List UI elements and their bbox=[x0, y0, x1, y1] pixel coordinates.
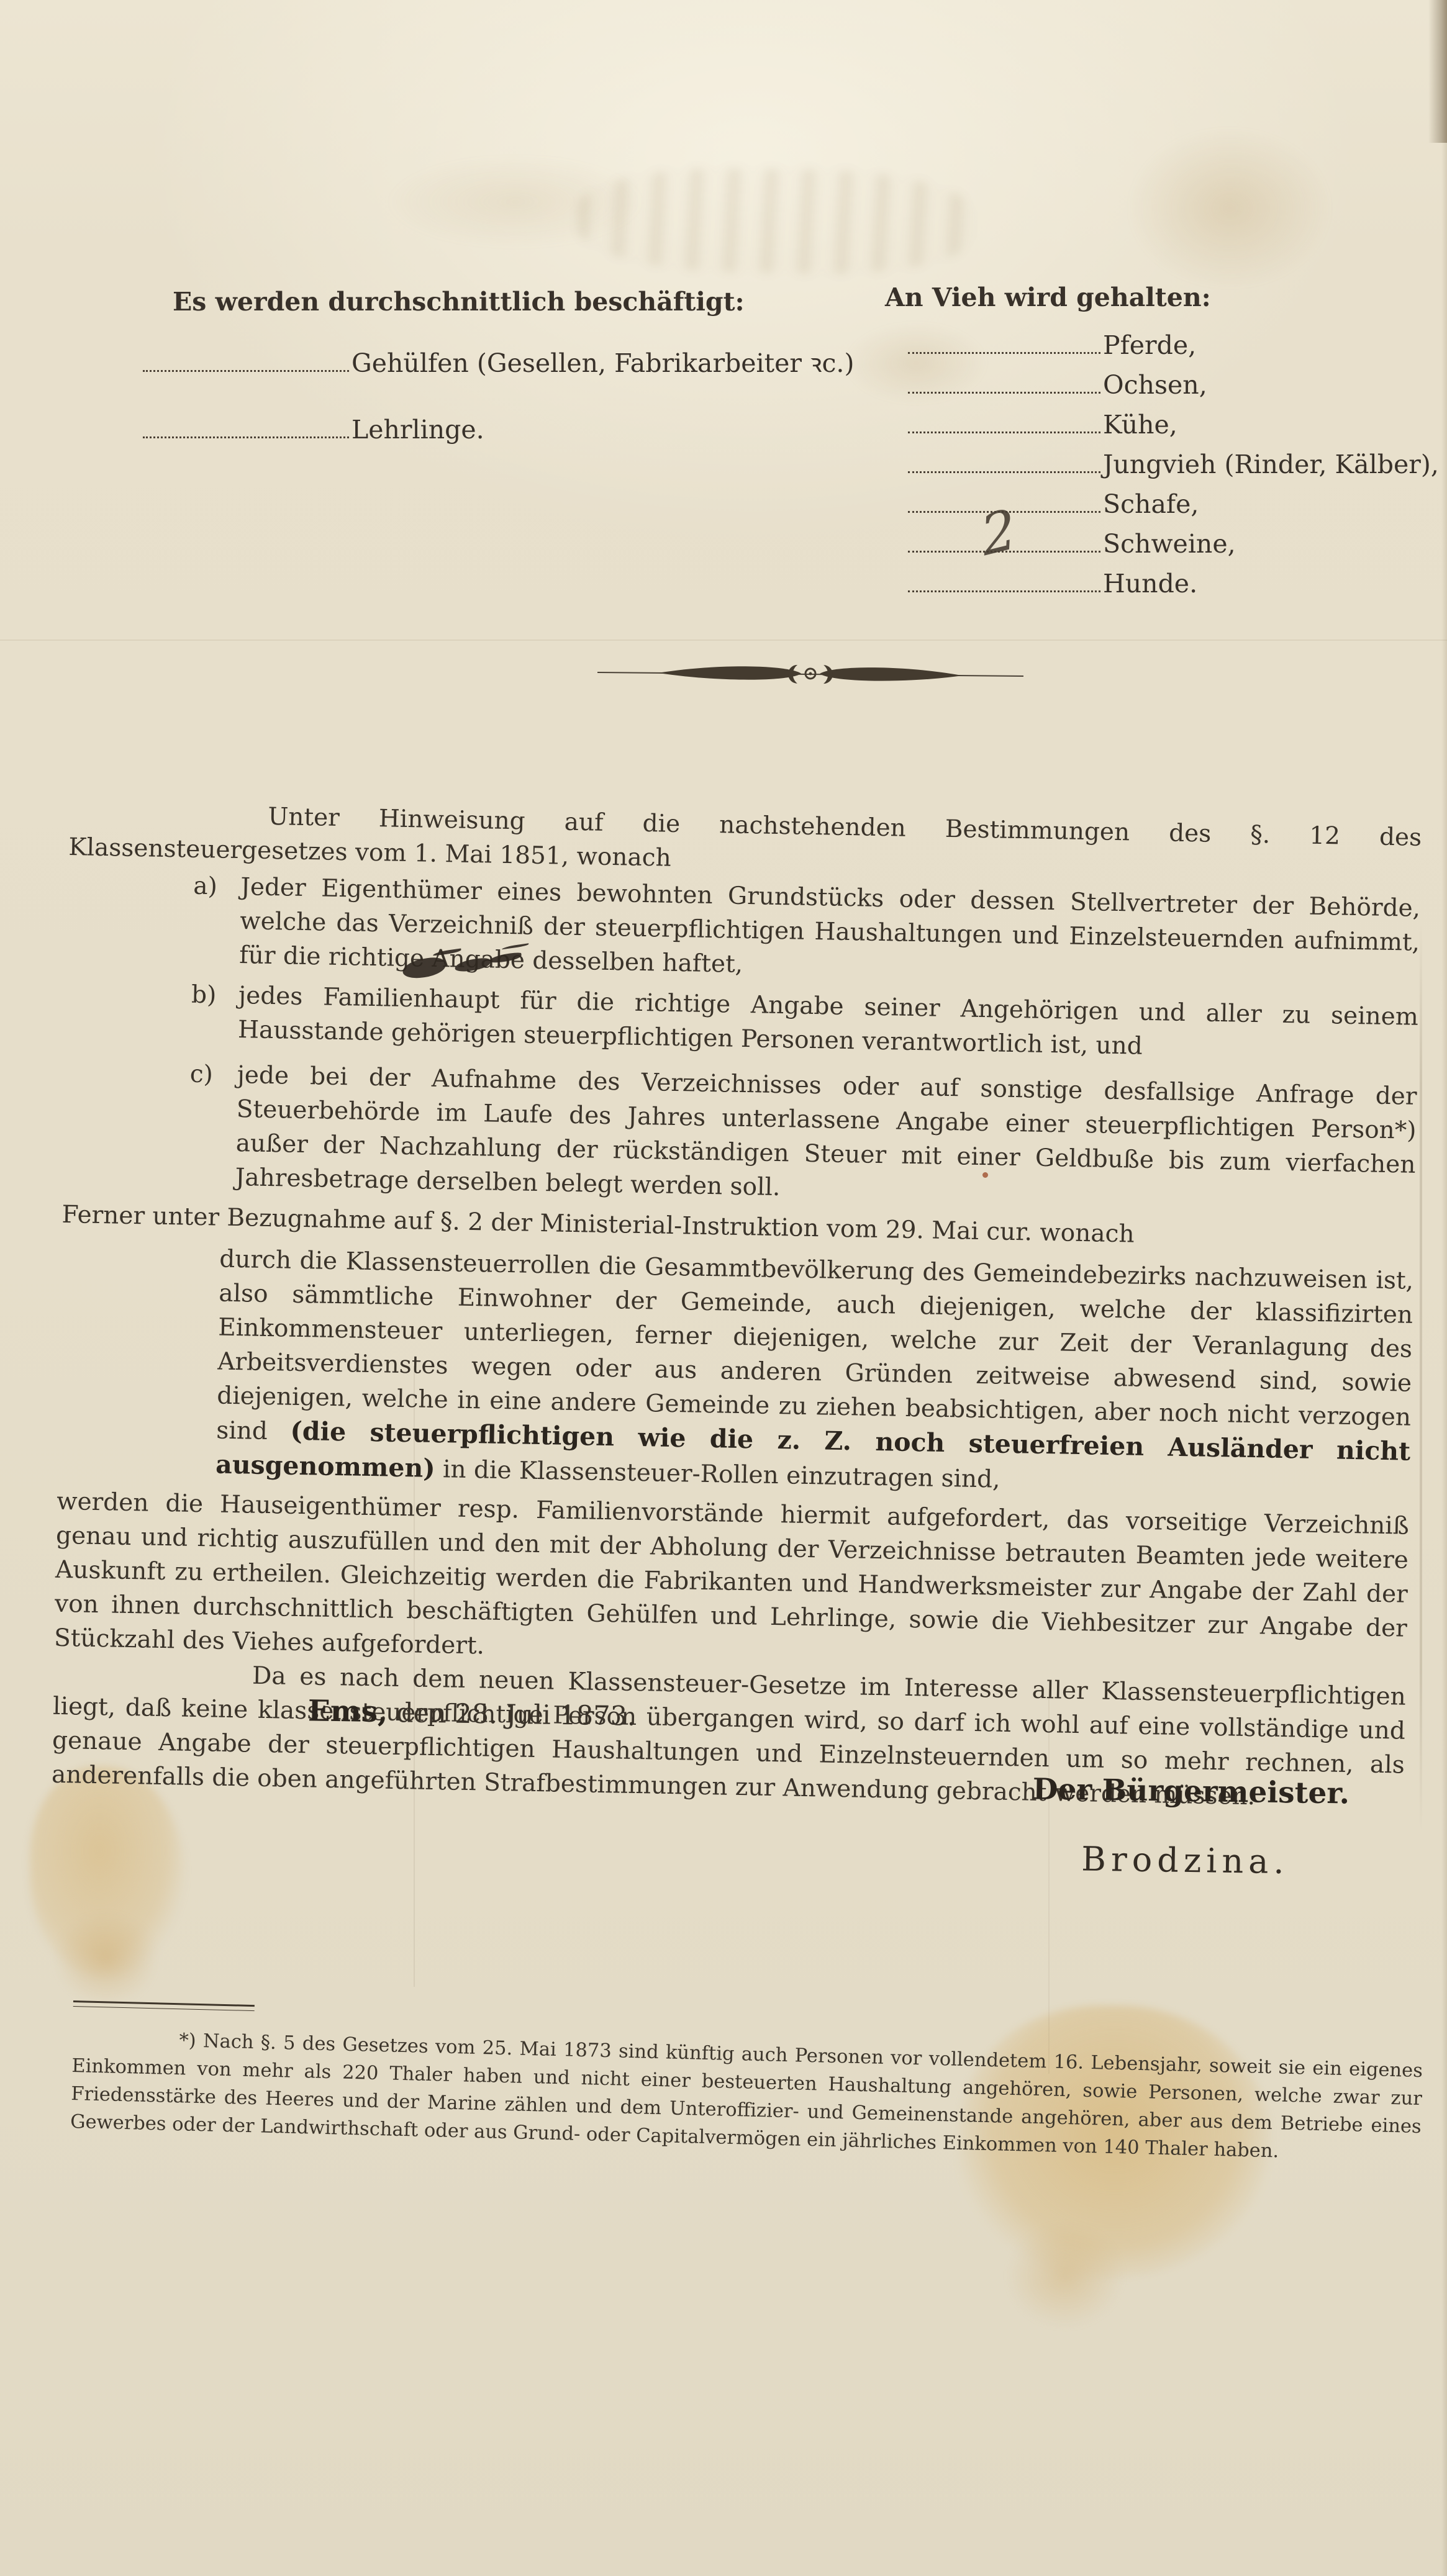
signature-role: Der Bürgermeister. bbox=[1032, 1772, 1349, 1810]
durch-text: durch die Klassensteuerrollen die Gesamm… bbox=[216, 1245, 1414, 1446]
page-edge-shadow bbox=[1441, 0, 1447, 2576]
clause-c-text: jede bei der Aufnahme des Verzeichnisses… bbox=[235, 1061, 1417, 1201]
bleed-through-ghost bbox=[577, 165, 976, 276]
clause-c-marker: c) bbox=[189, 1057, 213, 1092]
durch-text-end: in die Klassensteuer-Rollen einzutragen … bbox=[435, 1455, 1000, 1494]
clause-c: c) jede bei der Aufnahme des Verzeichnis… bbox=[62, 1055, 1417, 1216]
paper-crease bbox=[0, 639, 1447, 641]
livestock-heading: An Vieh wird gehalten: bbox=[885, 282, 1211, 312]
dateline-date: den 28. Juli 1873. bbox=[388, 1697, 636, 1732]
werden-paragraph: werden die Hauseigenthümer resp. Familie… bbox=[54, 1485, 1410, 1680]
employment-heading: Es werden durchschnittlich beschäftigt: bbox=[173, 287, 745, 317]
fill-in-line bbox=[908, 471, 1100, 473]
notice-body: Unter Hinweisung auf die nachstehenden B… bbox=[52, 796, 1422, 1817]
fill-in-line bbox=[908, 352, 1100, 354]
footnote-section: *) Nach §. 5 des Gesetzes vom 25. Mai 18… bbox=[70, 2000, 1424, 2169]
form-label: Ochsen, bbox=[1103, 370, 1207, 400]
fill-in-line bbox=[143, 436, 349, 438]
clause-b-marker: b) bbox=[191, 978, 217, 1013]
form-label: Gehülfen (Gesellen, Fabrikarbeiter ꝛc.) bbox=[352, 348, 854, 378]
form-row-hunde: Hunde. bbox=[908, 569, 1197, 599]
form-label: Lehrlinge. bbox=[352, 415, 484, 445]
dateline-place: Ems, bbox=[308, 1694, 388, 1729]
clause-a: a) Jeder Eigenthümer eines bewohnten Gru… bbox=[66, 867, 1421, 994]
fill-in-line bbox=[908, 590, 1100, 592]
form-row-schafe: Schafe, bbox=[908, 489, 1199, 519]
divider-ornament bbox=[596, 658, 1025, 690]
fill-in-line bbox=[908, 392, 1100, 394]
form-row-jungvieh: Jungvieh (Rinder, Kälber), bbox=[908, 450, 1439, 479]
dateline: Ems, den 28. Juli 1873. bbox=[308, 1694, 636, 1732]
form-row-pferde: Pferde, bbox=[908, 330, 1196, 360]
form-row-gehuelfen: Gehülfen (Gesellen, Fabrikarbeiter ꝛc.) bbox=[143, 345, 854, 380]
signature-name: Brodzina. bbox=[1081, 1840, 1349, 1882]
paper-stain bbox=[30, 1766, 185, 1977]
form-row-lehrlinge: Lehrlinge. bbox=[143, 415, 484, 445]
paper-stain bbox=[1127, 127, 1332, 289]
form-row-ochsen: Ochsen, bbox=[908, 370, 1207, 400]
footnote-rule bbox=[73, 2000, 255, 2011]
form-label: Schafe, bbox=[1103, 489, 1199, 519]
form-row-schweine: 2 Schweine, bbox=[908, 529, 1236, 559]
form-label: Jungvieh (Rinder, Kälber), bbox=[1103, 450, 1439, 479]
form-row-kuehe: Kühe, bbox=[908, 410, 1177, 440]
form-label: Hunde. bbox=[1103, 569, 1197, 599]
footnote-text: *) Nach §. 5 des Gesetzes vom 25. Mai 18… bbox=[70, 2024, 1423, 2169]
durch-paragraph: durch die Klassensteuerrollen die Gesamm… bbox=[57, 1239, 1414, 1504]
signature-block: Der Bürgermeister. Brodzina. bbox=[1032, 1772, 1350, 1882]
paper-stain bbox=[53, 1912, 159, 2005]
document-page: Es werden durchschnittlich beschäftigt: … bbox=[0, 0, 1447, 2576]
form-label: Pferde, bbox=[1103, 330, 1196, 360]
form-label: Kühe, bbox=[1103, 410, 1177, 440]
form-label: Schweine, bbox=[1103, 529, 1236, 559]
clause-b-text: jedes Familienhaupt für die richtige Ang… bbox=[238, 982, 1419, 1060]
paper-stain bbox=[1006, 2223, 1124, 2328]
clause-a-marker: a) bbox=[193, 869, 217, 904]
fill-in-line bbox=[143, 370, 349, 372]
fill-in-line bbox=[908, 432, 1100, 433]
ink-speck bbox=[982, 1172, 988, 1178]
page-fold-line bbox=[1420, 919, 1422, 1832]
